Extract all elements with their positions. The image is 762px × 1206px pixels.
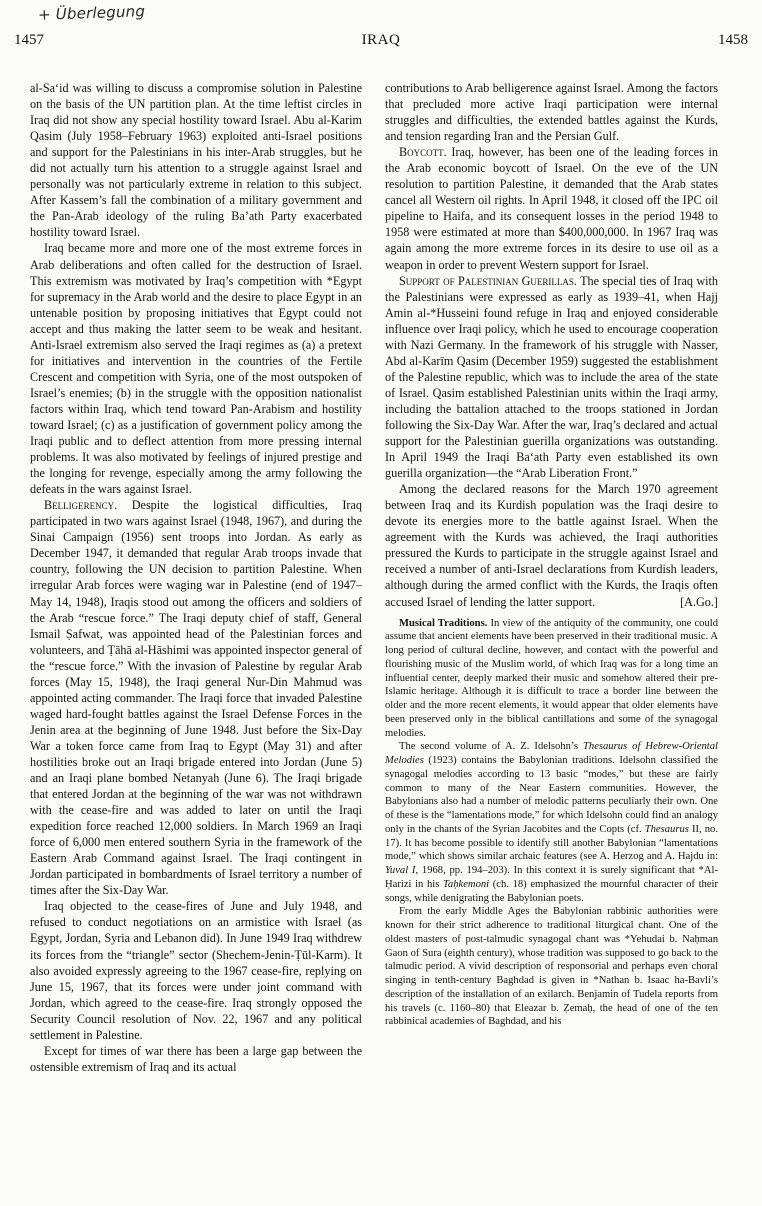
paragraph: al-Sa‘id was willing to discuss a compro… [30, 80, 362, 240]
paragraph: From the early Middle Ages the Babylonia… [385, 905, 718, 1029]
paragraph: Except for times of war there has been a… [30, 1043, 362, 1075]
paragraph: Iraq became more and more one of the mos… [30, 240, 362, 497]
paragraph: Iraq objected to the cease-fires of June… [30, 898, 362, 1042]
book-title: Thesaurus [645, 824, 689, 835]
paragraph-text: The special ties of Iraq with the Palest… [385, 274, 718, 481]
paragraph-guerillas: Support of Palestinian Guerillas. The sp… [385, 273, 718, 482]
section-heading-guerillas: Support of Palestinian Guerillas. [399, 274, 577, 288]
paragraph-text: Despite the logistical difficulties, Ira… [30, 498, 362, 897]
section-heading-musical-traditions: Musical Traditions. [399, 618, 487, 629]
paragraph: The second volume of A. Z. Idelsohn’s Th… [385, 740, 718, 905]
section-heading-belligerency: Belligerency. [44, 498, 117, 512]
page-title: IRAQ [14, 32, 748, 49]
paragraph: Among the declared reasons for the March… [385, 481, 718, 609]
paragraph-text: Among the declared reasons for the March… [385, 482, 718, 608]
handwritten-annotation: + Überlegung [38, 2, 146, 24]
left-column: al-Sa‘id was willing to discuss a compro… [30, 80, 362, 1075]
paragraph-text: Iraq, however, has been one of the leadi… [385, 145, 718, 271]
right-page-number: 1458 [718, 32, 748, 49]
paragraph: contributions to Arab belligerence again… [385, 80, 718, 144]
book-title: Taḥkemoni [443, 879, 489, 890]
right-column: contributions to Arab belligerence again… [385, 80, 718, 1029]
musical-traditions-section: Musical Traditions. In view of the antiq… [385, 617, 718, 1030]
paragraph-belligerency: Belligerency. Despite the logistical dif… [30, 497, 362, 898]
section-heading-boycott: Boycott. [399, 145, 447, 159]
paragraph: Musical Traditions. In view of the antiq… [385, 617, 718, 741]
paragraph-boycott: Boycott. Iraq, however, has been one of … [385, 144, 718, 272]
author-signature: [A.Go.] [666, 594, 718, 610]
paragraph-text: In view of the antiquity of the communit… [385, 618, 718, 739]
text: The second volume of A. Z. Idelsohn’s [399, 741, 583, 752]
journal-title: Yuval I [385, 865, 415, 876]
running-head: 1457 IRAQ 1458 [14, 32, 748, 52]
